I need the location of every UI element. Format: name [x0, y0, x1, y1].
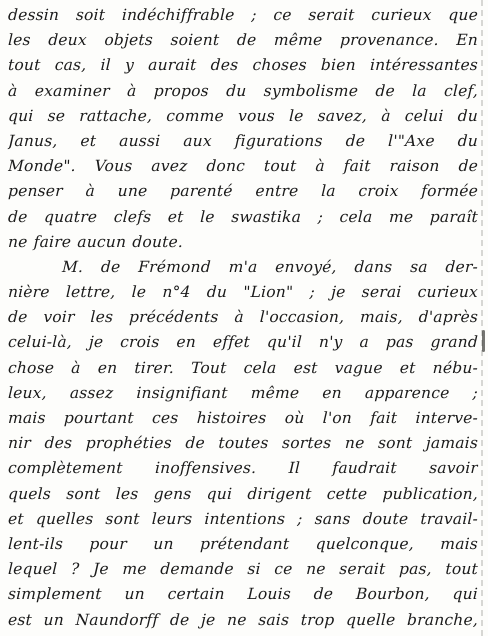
manuscript-line: Janus, et aussi aux figurations de l'"Ax… — [8, 129, 479, 154]
manuscript-line: Monde". Vous avez donc tout à fait raiso… — [8, 154, 479, 179]
manuscript-line: à examiner à propos du symbolisme de la … — [8, 79, 479, 104]
manuscript-line: tout cas, il y aurait des choses bien in… — [8, 53, 479, 78]
manuscript-line: est un Naundorff de je ne sais trop quel… — [8, 608, 479, 633]
manuscript-line: penser à une parenté entre la croix form… — [8, 179, 479, 204]
manuscript-page: dessin soit indéchiffrable ; ce serait c… — [0, 0, 488, 636]
manuscript-line: complètement inoffensives. Il faudrait s… — [8, 456, 479, 481]
manuscript-line: et quelles sont leurs intentions ; sans … — [8, 507, 479, 532]
scan-edge-artifact — [481, 0, 483, 636]
manuscript-line: M. de Frémond m'a envoyé, dans sa der- — [8, 255, 479, 280]
manuscript-line: dessin soit indéchiffrable ; ce serait c… — [8, 3, 479, 28]
manuscript-line: les deux objets soient de même provenanc… — [8, 28, 479, 53]
manuscript-line: ne faire aucun doute. — [8, 230, 479, 255]
paragraph-1: dessin soit indéchiffrable ; ce serait c… — [8, 3, 478, 255]
manuscript-line: de quatre clefs et le swastika ; cela me… — [8, 205, 479, 230]
manuscript-line: lequel ? Je me demande si ce ne serait p… — [8, 557, 479, 582]
manuscript-line: chose à en tirer. Tout cela est vague et… — [8, 356, 479, 381]
manuscript-line: nière lettre, le n°4 du "Lion" ; je sera… — [8, 280, 479, 305]
paragraph-2: M. de Frémond m'a envoyé, dans sa der- n… — [8, 255, 478, 633]
manuscript-line: quels sont les gens qui dirigent cette p… — [8, 482, 479, 507]
manuscript-line: simplement un certain Louis de Bourbon, … — [8, 582, 479, 607]
manuscript-line: leux, assez insignifiant même en apparen… — [8, 381, 479, 406]
manuscript-line: qui se rattache, comme vous le savez, à … — [8, 104, 479, 129]
manuscript-line: nir des prophéties de toutes sortes ne s… — [8, 431, 479, 456]
manuscript-line: mais pourtant ces histoires où l'on fait… — [8, 406, 479, 431]
manuscript-line: lent-ils pour un prétendant quelconque, … — [8, 532, 479, 557]
manuscript-line: de voir les précédents à l'occasion, mai… — [8, 305, 479, 330]
scan-smudge-artifact — [482, 330, 485, 352]
manuscript-line: celui-là, je crois en effet qu'il n'y a … — [8, 330, 479, 355]
